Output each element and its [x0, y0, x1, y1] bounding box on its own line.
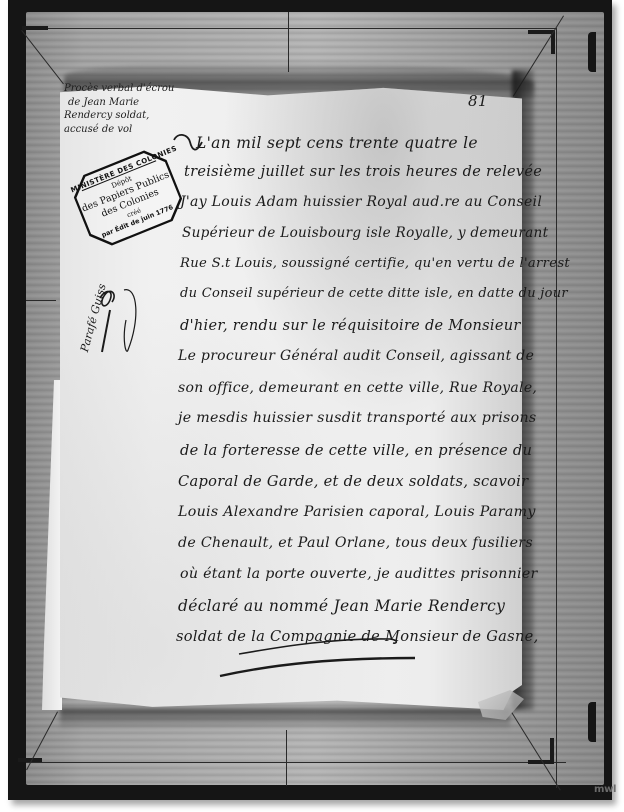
margin-note-line: Rendercy soldat, — [64, 109, 184, 123]
watermark: mwl — [594, 784, 616, 795]
guide-line-center-bottom — [286, 730, 287, 786]
body-line: où étant la porte ouverte, je audittes p… — [180, 566, 538, 582]
page-number: 81 — [468, 92, 488, 110]
body-line: du Conseil supérieur de cette ditte isle… — [180, 286, 568, 301]
body-line: Louis Alexandre Parisien caporal, Louis … — [178, 504, 536, 520]
board-notch — [588, 702, 596, 742]
guide-line-bottom — [26, 762, 566, 763]
body-line: Rue S.t Louis, soussigné certifie, qu'en… — [180, 256, 570, 271]
board-notch — [588, 32, 596, 72]
closing-flourish-icon — [215, 628, 435, 678]
body-line: je mesdis huissier susdit transporté aux… — [178, 410, 537, 426]
body-line: déclaré au nommé Jean Marie Rendercy — [178, 597, 505, 615]
body-line: de la forteresse de cette ville, en prés… — [180, 442, 532, 459]
corner-marker-bottom-right-v — [550, 738, 554, 764]
margin-note-line: de Jean Marie — [64, 96, 184, 110]
body-line: son office, demeurant en cette ville, Ru… — [178, 380, 537, 396]
margin-note-line: accusé de vol — [64, 123, 184, 137]
guide-line-left — [26, 300, 56, 301]
body-line: d'hier, rendu sur le réquisitoire de Mon… — [180, 318, 521, 334]
guide-line-right — [556, 28, 557, 788]
body-line: Caporal de Garde, et de deux soldats, sc… — [178, 473, 528, 490]
corner-marker-top-left — [22, 26, 48, 30]
paper-shadow-bottom — [60, 708, 510, 730]
body-line: de Chenault, et Paul Orlane, tous deux f… — [178, 535, 533, 551]
body-line: Le procureur Général audit Conseil, agis… — [178, 348, 534, 364]
body-line: treisième juillet sur les trois heures d… — [184, 164, 542, 180]
body-line: J'ay Louis Adam huissier Royal aud.re au… — [180, 194, 542, 210]
margin-note-line: Procès verbal d'écrou — [64, 82, 184, 96]
guide-line-top — [26, 28, 556, 29]
margin-note: Procès verbal d'écrou de Jean Marie Rend… — [64, 82, 184, 136]
body-line: L'an mil sept cens trente quatre le — [196, 134, 478, 152]
body-line: Supérieur de Louisbourg isle Royalle, y … — [182, 225, 548, 241]
